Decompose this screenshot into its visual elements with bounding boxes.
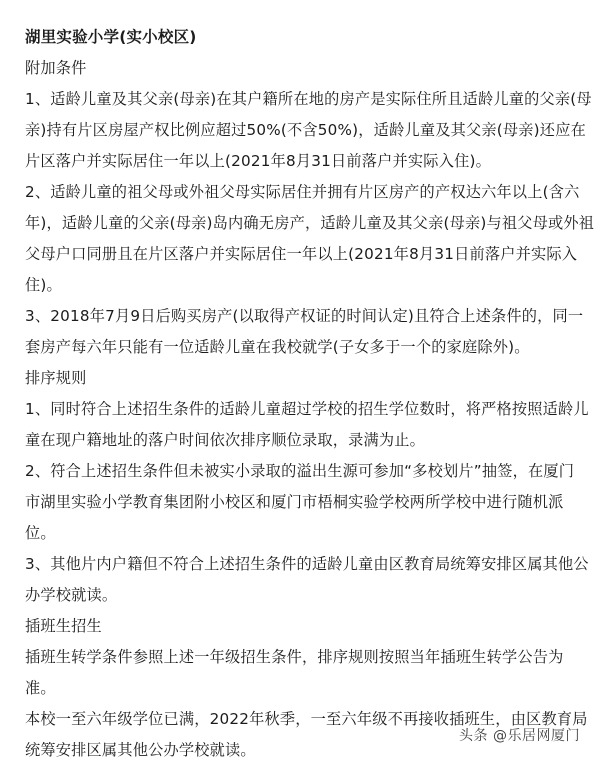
text-line: 3、2018年7月9日后购买房产(以取得产权证的时间认定)且符合上述条件的，同一 bbox=[25, 301, 585, 332]
text-line: 2、符合上述招生条件但未被实小录取的溢出生源可参加“多校划片”抽签，在厦门 bbox=[25, 456, 585, 487]
text-line: 位。 bbox=[25, 518, 585, 549]
text-line: 准。 bbox=[25, 673, 585, 704]
text-line: 办学校就读。 bbox=[25, 580, 585, 611]
text-line: 年)，适龄儿童的父亲(母亲)岛内确无房产，适龄儿童及其父亲(母亲)与祖父母或外祖 bbox=[25, 208, 585, 239]
text-line: 3、其他片内户籍但不符合上述招生条件的适龄儿童由区教育局统筹安排区属其他公 bbox=[25, 549, 585, 580]
section-heading-sorting-rules: 排序规则 bbox=[25, 363, 585, 394]
text-line: 市湖里实验小学教育集团附小校区和厦门市梧桐实验学校两所学校中进行随机派 bbox=[25, 487, 585, 518]
text-line: 套房产每六年只能有一位适龄儿童在我校就学(子女多于一个的家庭除外)。 bbox=[25, 332, 585, 363]
section-heading-transfer-students: 插班生招生 bbox=[25, 611, 585, 642]
text-line: 父母户口同册且在片区落户并实际居住一年以上(2021年8月31日前落户并实际入 bbox=[25, 239, 585, 270]
text-line: 1、同时符合上述招生条件的适龄儿童超过学校的招生学位数时，将严格按照适龄儿 bbox=[25, 394, 585, 425]
document-body: 湖里实验小学(实小校区) 附加条件 1、适龄儿童及其父亲(母亲)在其户籍所在地的… bbox=[25, 22, 585, 763]
text-line: 1、适龄儿童及其父亲(母亲)在其户籍所在地的房产是实际住所且适龄儿童的父亲(母 bbox=[25, 84, 585, 115]
text-line: 住)。 bbox=[25, 270, 585, 301]
text-line: 2、适龄儿童的祖父母或外祖父母实际居住并拥有片区房产的产权达六年以上(含六 bbox=[25, 177, 585, 208]
text-line: 插班生转学条件参照上述一年级招生条件，排序规则按照当年插班生转学公告为 bbox=[25, 642, 585, 673]
text-line: 童在现户籍地址的落户时间依次排序顺位录取，录满为止。 bbox=[25, 425, 585, 456]
section-heading-additional-conditions: 附加条件 bbox=[25, 53, 585, 84]
watermark: 头条 @乐居网厦门 bbox=[459, 725, 580, 745]
document-title: 湖里实验小学(实小校区) bbox=[25, 22, 585, 53]
text-line: 片区落户并实际居住一年以上(2021年8月31日前落户并实际入住)。 bbox=[25, 146, 585, 177]
text-line: 亲)持有片区房屋产权比例应超过50%(不含50%)，适龄儿童及其父亲(母亲)还应… bbox=[25, 115, 585, 146]
